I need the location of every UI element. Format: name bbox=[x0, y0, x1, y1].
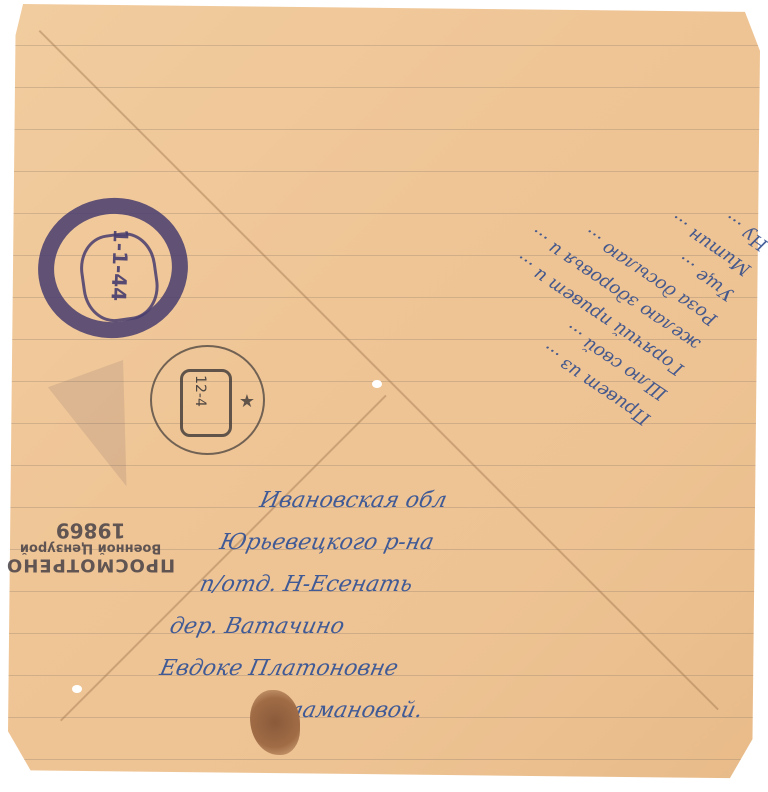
address-line: дер. Ватачино bbox=[166, 606, 451, 648]
paper-hole bbox=[372, 380, 382, 388]
address-line: Ивановская обл bbox=[256, 480, 451, 522]
star-icon: ★ bbox=[239, 391, 255, 412]
address-line: п/отд. Н-Есенать bbox=[196, 564, 451, 606]
postmark-grey: 12-4 ★ bbox=[150, 345, 265, 455]
censor-line-1: ПРОСМОТРЕНО bbox=[6, 555, 175, 574]
address-line: Юрьевецкого р-на bbox=[216, 522, 451, 564]
address-block: Ивановская обл Юрьевецкого р-на п/отд. Н… bbox=[160, 480, 446, 732]
censor-line-2: Военной Цензурой bbox=[6, 541, 175, 555]
censor-number: 19869 bbox=[6, 520, 175, 541]
postmark-date: 12-4 bbox=[192, 375, 208, 407]
address-line: Евдоке Платоновне bbox=[156, 648, 451, 690]
censor-stamp: ПРОСМОТРЕНО Военной Цензурой 19869 bbox=[6, 520, 175, 574]
postmark-date: 1-1-44 bbox=[107, 228, 134, 301]
paper-hole bbox=[72, 685, 82, 693]
